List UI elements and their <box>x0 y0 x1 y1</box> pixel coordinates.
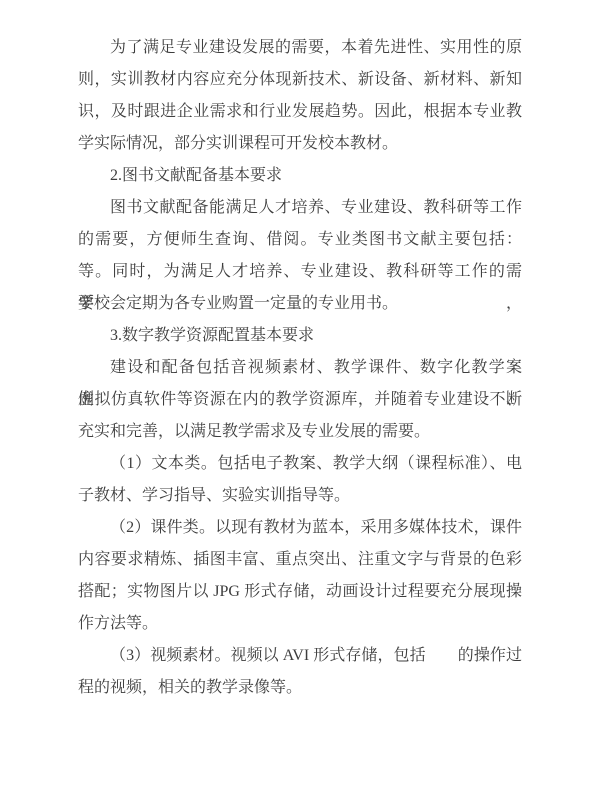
text-line: 图书文献配备能满足人才培养、专业建设、教科研等工作 <box>78 192 522 224</box>
text-line: 建设和配备包括音视频素材、教学课件、数字化教学案例、 <box>78 352 522 384</box>
text-line: 的需要，方便师生查询、借阅。专业类图书文献主要包括： <box>78 224 522 256</box>
text-line: 作方法等。 <box>78 608 522 640</box>
text-line: 程的视频，相关的教学录像等。 <box>78 672 522 704</box>
text-line: （2）课件类。以现有教材为蓝本，采用多媒体技术，课件 <box>78 512 522 544</box>
document-body: 为了满足专业建设发展的需要，本着先进性、实用性的原 则，实训教材内容应充分体现新… <box>78 32 522 704</box>
text-line: 为了满足专业建设发展的需要，本着先进性、实用性的原 <box>78 32 522 64</box>
text-line: 等。同时，为满足人才培养、专业建设、教科研等工作的需要， <box>78 256 522 288</box>
text-line: 则，实训教材内容应充分体现新技术、新设备、新材料、新知 <box>78 64 522 96</box>
text-line: 子教材、学习指导、实验实训指导等。 <box>78 480 522 512</box>
section-heading: 3.数字教学资源配置基本要求 <box>78 320 522 352</box>
text-line: 搭配；实物图片以 JPG 形式存储，动画设计过程要充分展现操 <box>78 576 522 608</box>
text-line: （3）视频素材。视频以 AVI 形式存储，包括 的操作过 <box>78 640 522 672</box>
text-line: 虚拟仿真软件等资源在内的教学资源库，并随着专业建设不断 <box>78 384 522 416</box>
text-line: 内容要求精炼、插图丰富、重点突出、注重文字与背景的色彩 <box>78 544 522 576</box>
section-heading: 2.图书文献配备基本要求 <box>78 160 522 192</box>
text-line: 识，及时跟进企业需求和行业发展趋势。因此，根据本专业教 <box>78 96 522 128</box>
text-line: 学实际情况，部分实训课程可开发校本教材。 <box>78 128 522 160</box>
text-line: （1）文本类。包括电子教案、教学大纲（课程标准）、电 <box>78 448 522 480</box>
document-page: 为了满足专业建设发展的需要，本着先进性、实用性的原 则，实训教材内容应充分体现新… <box>0 0 600 800</box>
text-line: 充实和完善，以满足教学需求及专业发展的需要。 <box>78 416 522 448</box>
